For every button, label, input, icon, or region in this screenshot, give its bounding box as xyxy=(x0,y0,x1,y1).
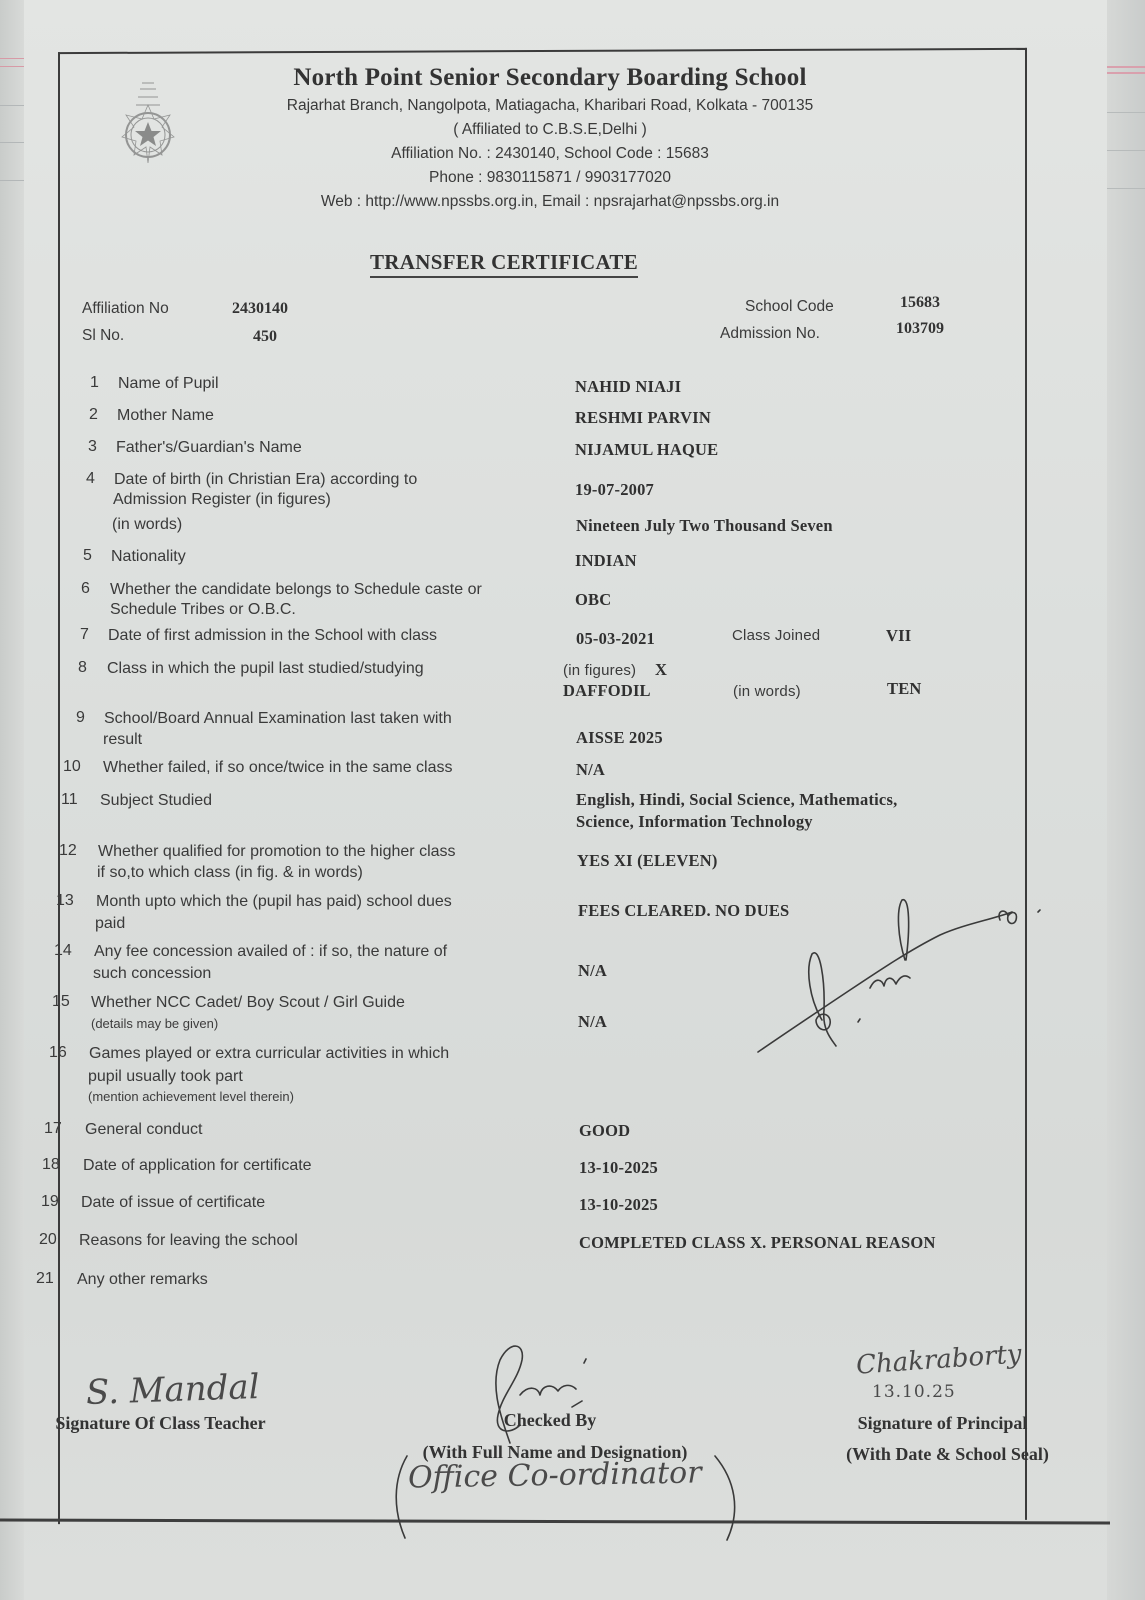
in-figures-label: (in figures) xyxy=(563,660,636,681)
school-name: North Point Senior Secondary Boarding Sc… xyxy=(170,64,930,92)
underlying-page-right xyxy=(1106,0,1145,1600)
field-number: 15 xyxy=(52,993,70,1011)
field-value-issue-date: 13-10-2025 xyxy=(579,1194,658,1215)
field-value-failed: N/A xyxy=(576,759,605,780)
field-label-concession: Any fee concession availed of : if so, t… xyxy=(94,942,447,962)
principal-handwritten-date: 13.10.25 xyxy=(872,1382,956,1402)
field-sublabel-ncc: (details may be given) xyxy=(91,1016,218,1031)
field-number: 13 xyxy=(56,892,74,910)
field-label-dues: Month upto which the (pupil has paid) sc… xyxy=(96,892,452,912)
affiliation-line: Affiliation No. : 2430140, School Code :… xyxy=(170,145,930,163)
field-label-mother-name: Mother Name xyxy=(117,406,214,426)
field-number: 2 xyxy=(89,406,98,424)
field-number: 8 xyxy=(78,659,87,677)
affiliation-no-label: Affiliation No xyxy=(82,300,169,318)
field-number: 16 xyxy=(49,1044,67,1062)
affiliation-no-value: 2430140 xyxy=(232,300,288,318)
field-label-subjects: Subject Studied xyxy=(100,791,212,811)
field-value-dob-words: Nineteen July Two Thousand Seven xyxy=(576,515,833,536)
field-label-name-of-pupil: Name of Pupil xyxy=(118,374,219,394)
field-number: 10 xyxy=(63,758,81,776)
field-label-application-date: Date of application for certificate xyxy=(83,1156,312,1176)
field-label-promotion: Whether qualified for promotion to the h… xyxy=(98,842,456,862)
field-value-dues: FEES CLEARED. NO DUES xyxy=(578,900,789,921)
school-address: Rajarhat Branch, Nangolpota, Matiagacha,… xyxy=(170,97,930,115)
in-words-label: (in words) xyxy=(733,681,801,702)
field-label-ncc: Whether NCC Cadet/ Boy Scout / Girl Guid… xyxy=(91,993,405,1013)
field-number: 17 xyxy=(44,1120,62,1138)
field-value-section: DAFFODIL xyxy=(563,680,651,701)
class-joined-label: Class Joined xyxy=(732,625,820,646)
field-sublabel-activities: (mention achievement level therein) xyxy=(88,1089,294,1104)
field-label-nationality: Nationality xyxy=(111,547,186,567)
field-number: 5 xyxy=(83,547,92,565)
field-number: 19 xyxy=(41,1193,59,1211)
field-value-last-class-figures: X xyxy=(655,659,667,680)
field-label-exam-line2: result xyxy=(103,730,142,750)
sl-no-label: Sl No. xyxy=(82,327,124,345)
field-value-category: OBC xyxy=(575,589,611,610)
field-label-dob-line2: Admission Register (in figures) xyxy=(113,490,331,510)
field-value-promotion: YES XI (ELEVEN) xyxy=(577,850,718,871)
field-label-category: Whether the candidate belongs to Schedul… xyxy=(110,580,482,600)
field-value-father-name: NIJAMUL HAQUE xyxy=(575,439,718,460)
field-label-category-line2: Schedule Tribes or O.B.C. xyxy=(110,600,296,620)
school-code-label: School Code xyxy=(745,298,834,316)
underlying-page-left xyxy=(0,0,25,1600)
admission-no-label: Admission No. xyxy=(720,325,820,343)
affiliation-note: ( Affiliated to C.B.S.E,Delhi ) xyxy=(170,121,930,139)
field-value-exam: AISSE 2025 xyxy=(576,727,663,748)
field-number: 1 xyxy=(90,374,99,392)
field-label-conduct: General conduct xyxy=(85,1120,202,1140)
principal-signature-label: Signature of Principal xyxy=(820,1413,1065,1434)
school-code-value: 15683 xyxy=(900,294,940,312)
field-number: 21 xyxy=(36,1270,54,1288)
checked-by-label: Checked By xyxy=(470,1410,630,1431)
document-title: TRANSFER CERTIFICATE xyxy=(370,250,638,278)
field-label-last-class: Class in which the pupil last studied/st… xyxy=(107,659,424,679)
field-value-subjects: English, Hindi, Social Science, Mathemat… xyxy=(576,789,897,810)
field-label-activities: Games played or extra curricular activit… xyxy=(89,1044,449,1064)
field-label-activities-line2: pupil usually took part xyxy=(88,1067,243,1087)
field-number: 9 xyxy=(76,709,85,727)
class-joined-value: VII xyxy=(886,625,911,646)
field-number: 4 xyxy=(86,470,95,488)
field-number: 20 xyxy=(39,1231,57,1249)
field-value-mother-name: RESHMI PARVIN xyxy=(575,407,711,428)
phone-line: Phone : 9830115871 / 9903177020 xyxy=(170,169,930,187)
principal-signature-sublabel: (With Date & School Seal) xyxy=(810,1444,1085,1465)
field-label-issue-date: Date of issue of certificate xyxy=(81,1193,265,1213)
field-number: 11 xyxy=(61,791,78,809)
admission-no-value: 103709 xyxy=(896,320,944,338)
field-value-dob: 19-07-2007 xyxy=(575,479,654,500)
field-value-leaving-reason: COMPLETED CLASS X. PERSONAL REASON xyxy=(579,1232,936,1253)
field-number: 3 xyxy=(88,438,97,456)
field-number: 7 xyxy=(80,626,89,644)
web-email-line: Web : http://www.npssbs.org.in, Email : … xyxy=(170,193,930,211)
field-value-last-class-words: TEN xyxy=(887,678,922,699)
sl-no-value: 450 xyxy=(253,328,277,346)
field-number: 12 xyxy=(59,842,77,860)
field-label-remarks: Any other remarks xyxy=(77,1270,208,1290)
field-label-dues-line2: paid xyxy=(95,914,125,934)
checked-by-designation-handwritten: Office Co-ordinator xyxy=(408,1455,702,1495)
field-value-subjects-line2: Science, Information Technology xyxy=(576,811,813,832)
field-label-failed: Whether failed, if so once/twice in the … xyxy=(103,758,453,778)
field-value-nationality: INDIAN xyxy=(575,550,637,571)
field-number: 18 xyxy=(42,1156,60,1174)
field-label-leaving-reason: Reasons for leaving the school xyxy=(79,1231,298,1251)
class-teacher-signature-label: Signature Of Class Teacher xyxy=(28,1413,293,1434)
field-sublabel-dob-words: (in words) xyxy=(112,515,182,535)
field-label-first-admission: Date of first admission in the School wi… xyxy=(108,626,437,646)
field-label-concession-line2: such concession xyxy=(93,964,211,984)
field-value-name-of-pupil: NAHID NIAJI xyxy=(575,376,681,397)
field-label-dob: Date of birth (in Christian Era) accordi… xyxy=(114,470,417,490)
field-label-promotion-line2: if so,to which class (in fig. & in words… xyxy=(97,863,363,883)
field-value-conduct: GOOD xyxy=(579,1120,630,1141)
class-teacher-handwritten-signature: S. Mandal xyxy=(85,1367,260,1413)
field-number: 6 xyxy=(81,580,90,598)
field-number: 14 xyxy=(54,942,72,960)
field-value-ncc: N/A xyxy=(578,1011,607,1032)
field-label-father-name: Father's/Guardian's Name xyxy=(116,438,302,458)
field-value-concession: N/A xyxy=(578,960,607,981)
field-label-exam: School/Board Annual Examination last tak… xyxy=(104,709,452,729)
field-value-application-date: 13-10-2025 xyxy=(579,1157,658,1178)
field-value-first-admission: 05-03-2021 xyxy=(576,628,655,649)
